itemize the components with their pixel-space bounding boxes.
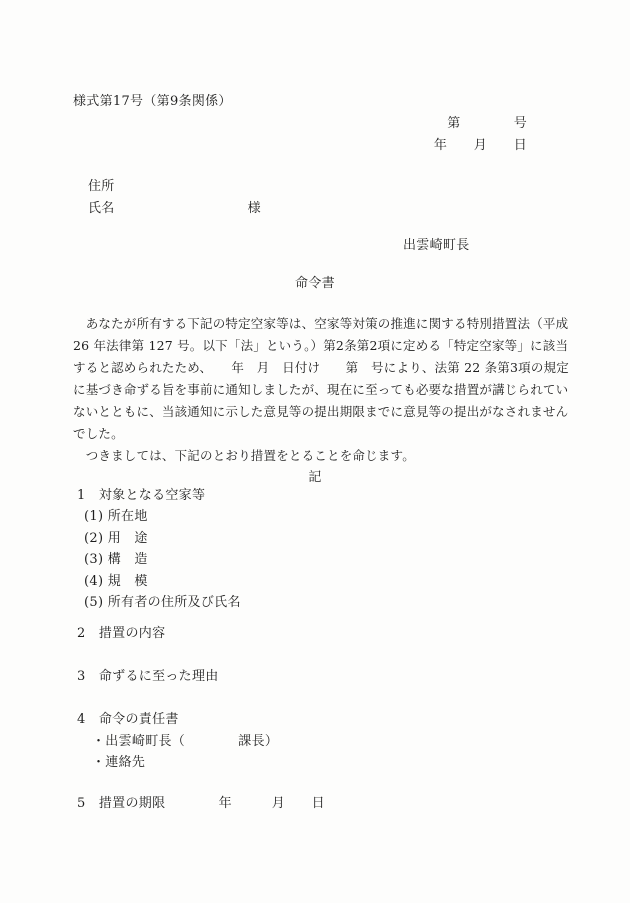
section-2-heading: 2 措置の内容 <box>77 624 165 644</box>
section-3-heading: 3 命ずるに至った理由 <box>77 667 219 687</box>
body-paragraph-line: あなたが所有する下記の特定空家等は、空家等対策の推進に関する特別措置法（平成 <box>73 314 568 334</box>
section-4-heading: 4 命令の責任書 <box>77 710 179 730</box>
section-5-heading: 5 措置の期限 年 月 日 <box>77 794 325 814</box>
section-1-item-owner: (5) 所有者の住所及び氏名 <box>84 593 241 613</box>
section-1-heading: 1 対象となる空家等 <box>77 486 205 506</box>
section-4-contact-bullet: ・連絡先 <box>92 753 145 773</box>
name-honorific-line: 氏名 様 <box>88 199 261 219</box>
body-paragraph-line: つきましては、下記のとおり措置をとることを命じます。 <box>73 446 415 466</box>
document-title: 命令書 <box>0 274 630 294</box>
body-paragraph-line: すると認められたため、 年 月 日付け 第 号により、法第 22 条第3項の規定 <box>73 358 569 378</box>
body-paragraph-line: でした。 <box>73 424 124 444</box>
section-1-item-use: (2) 用 途 <box>84 529 148 549</box>
body-paragraph-line: ないとともに、当該通知に示した意見等の提出期限までに意見等の提出がなされません <box>73 402 568 422</box>
body-paragraph-line: 26 年法律第 127 号。以下「法」という。）第2条第2項に定める「特定空家等… <box>73 336 568 356</box>
section-1-item-scale: (4) 規 模 <box>84 572 148 592</box>
date-line: 年 月 日 <box>434 136 527 156</box>
address-label: 住所 <box>88 177 115 197</box>
issuer-name: 出雲崎町長 <box>403 236 470 256</box>
body-paragraph-line: に基づき命ずる旨を事前に通知しましたが、現在に至っても必要な措置が講じられてい <box>73 380 568 400</box>
section-4-responsible-bullet: ・出雲崎町長（ 課長） <box>92 732 278 752</box>
form-number: 様式第17号（第9条関係） <box>73 92 232 112</box>
ki-heading: 記 <box>0 468 630 488</box>
section-1-item-structure: (3) 構 造 <box>84 550 148 570</box>
section-1-item-location: (1) 所在地 <box>84 507 148 527</box>
document-number-line: 第 号 <box>447 114 527 134</box>
document-page: 様式第17号（第9条関係） 第 号 年 月 日 住所 氏名 様 出雲崎町長 命令… <box>0 0 630 903</box>
